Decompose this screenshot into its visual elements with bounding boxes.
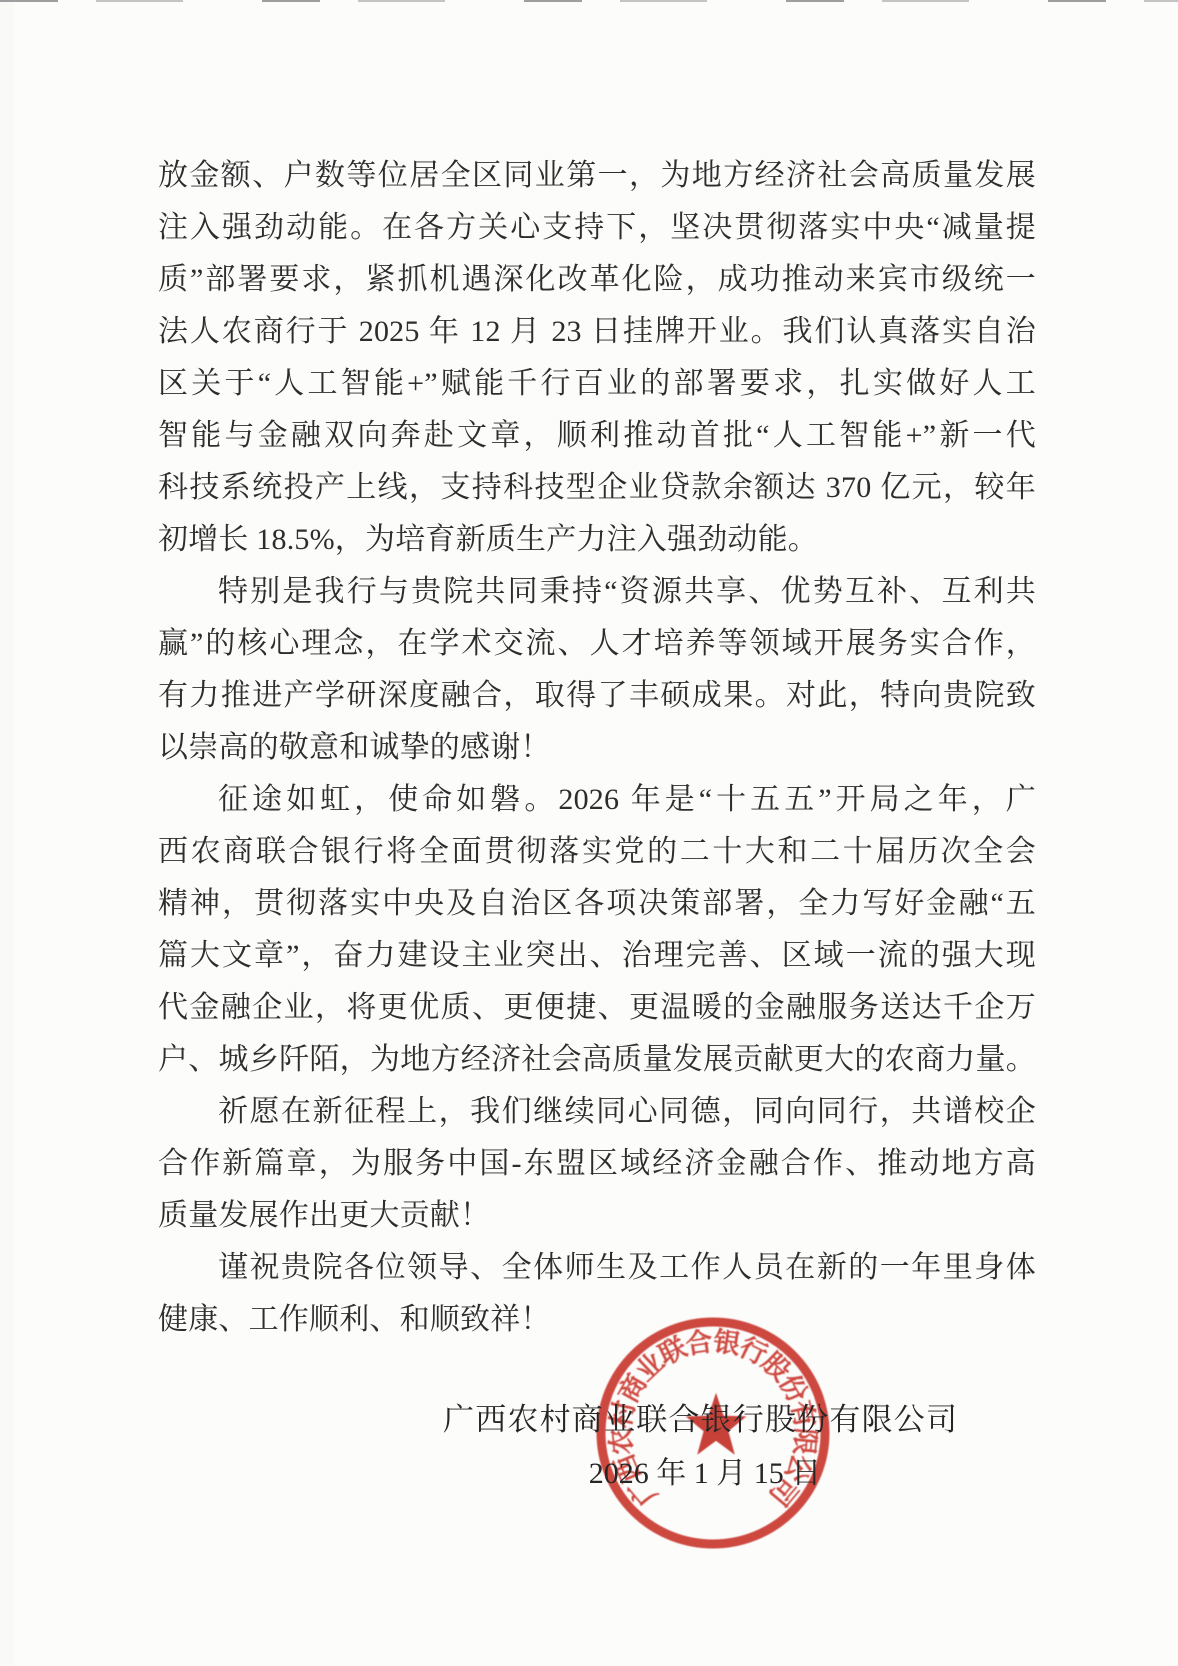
- text-line: 科技系统投产上线，支持科技型企业贷款余额达 370 亿元，较年: [158, 462, 1036, 514]
- text-line: 法人农商行于 2025 年 12 月 23 日挂牌开业。我们认真落实自治: [158, 306, 1036, 358]
- letter-page: 放金额、户数等位居全区同业第一，为地方经济社会高质量发展注入强劲动能。在各方关心…: [0, 0, 1178, 1666]
- text-line: 初增长 18.5%，为培育新质生产力注入强劲动能。: [158, 514, 1036, 566]
- text-line: 放金额、户数等位居全区同业第一，为地方经济社会高质量发展: [158, 150, 1036, 202]
- text-line: 质量发展作出更大贡献！: [158, 1190, 1036, 1242]
- text-line: 质”部署要求，紧抓机遇深化改革化险，成功推动来宾市级统一: [158, 254, 1036, 306]
- text-line: 合作新篇章，为服务中国-东盟区域经济金融合作、推动地方高: [158, 1138, 1036, 1190]
- signature-company: 广西农村商业联合银行股份有限公司: [443, 1402, 957, 1438]
- text-line: 户、城乡阡陌，为地方经济社会高质量发展贡献更大的农商力量。: [158, 1034, 1036, 1086]
- text-line: 以崇高的敬意和诚挚的感谢！: [158, 722, 1036, 774]
- text-line: 征途如虹，使命如磐。2026 年是“十五五”开局之年，广: [158, 774, 1036, 826]
- text-line: 代金融企业，将更优质、更便捷、更温暖的金融服务送达千企万: [158, 982, 1036, 1034]
- text-line: 篇大文章”，奋力建设主业突出、治理完善、区域一流的强大现: [158, 930, 1036, 982]
- text-line: 注入强劲动能。在各方关心支持下，坚决贯彻落实中央“减量提: [158, 202, 1036, 254]
- scan-edge-artifact: [0, 0, 1178, 2]
- text-line: 区关于“人工智能+”赋能千行百业的部署要求，扎实做好人工: [158, 358, 1036, 410]
- text-line: 健康、工作顺利、和顺致祥！: [158, 1294, 1036, 1346]
- text-line: 祈愿在新征程上，我们继续同心同德，同向同行，共谱校企: [158, 1086, 1036, 1138]
- signature-date: 2026 年 1 月 15 日: [570, 1456, 840, 1492]
- text-line: 有力推进产学研深度融合，取得了丰硕成果。对此，特向贵院致: [158, 670, 1036, 722]
- text-line: 谨祝贵院各位领导、全体师生及工作人员在新的一年里身体: [158, 1242, 1036, 1294]
- letter-body: 放金额、户数等位居全区同业第一，为地方经济社会高质量发展注入强劲动能。在各方关心…: [158, 150, 1036, 1346]
- text-line: 赢”的核心理念，在学术交流、人才培养等领域开展务实合作，: [158, 618, 1036, 670]
- text-line: 特别是我行与贵院共同秉持“资源共享、优势互补、互利共: [158, 566, 1036, 618]
- text-line: 西农商联合银行将全面贯彻落实党的二十大和二十届历次全会: [158, 826, 1036, 878]
- text-line: 精神，贯彻落实中央及自治区各项决策部署，全力写好金融“五: [158, 878, 1036, 930]
- text-line: 智能与金融双向奔赴文章，顺利推动首批“人工智能+”新一代: [158, 410, 1036, 462]
